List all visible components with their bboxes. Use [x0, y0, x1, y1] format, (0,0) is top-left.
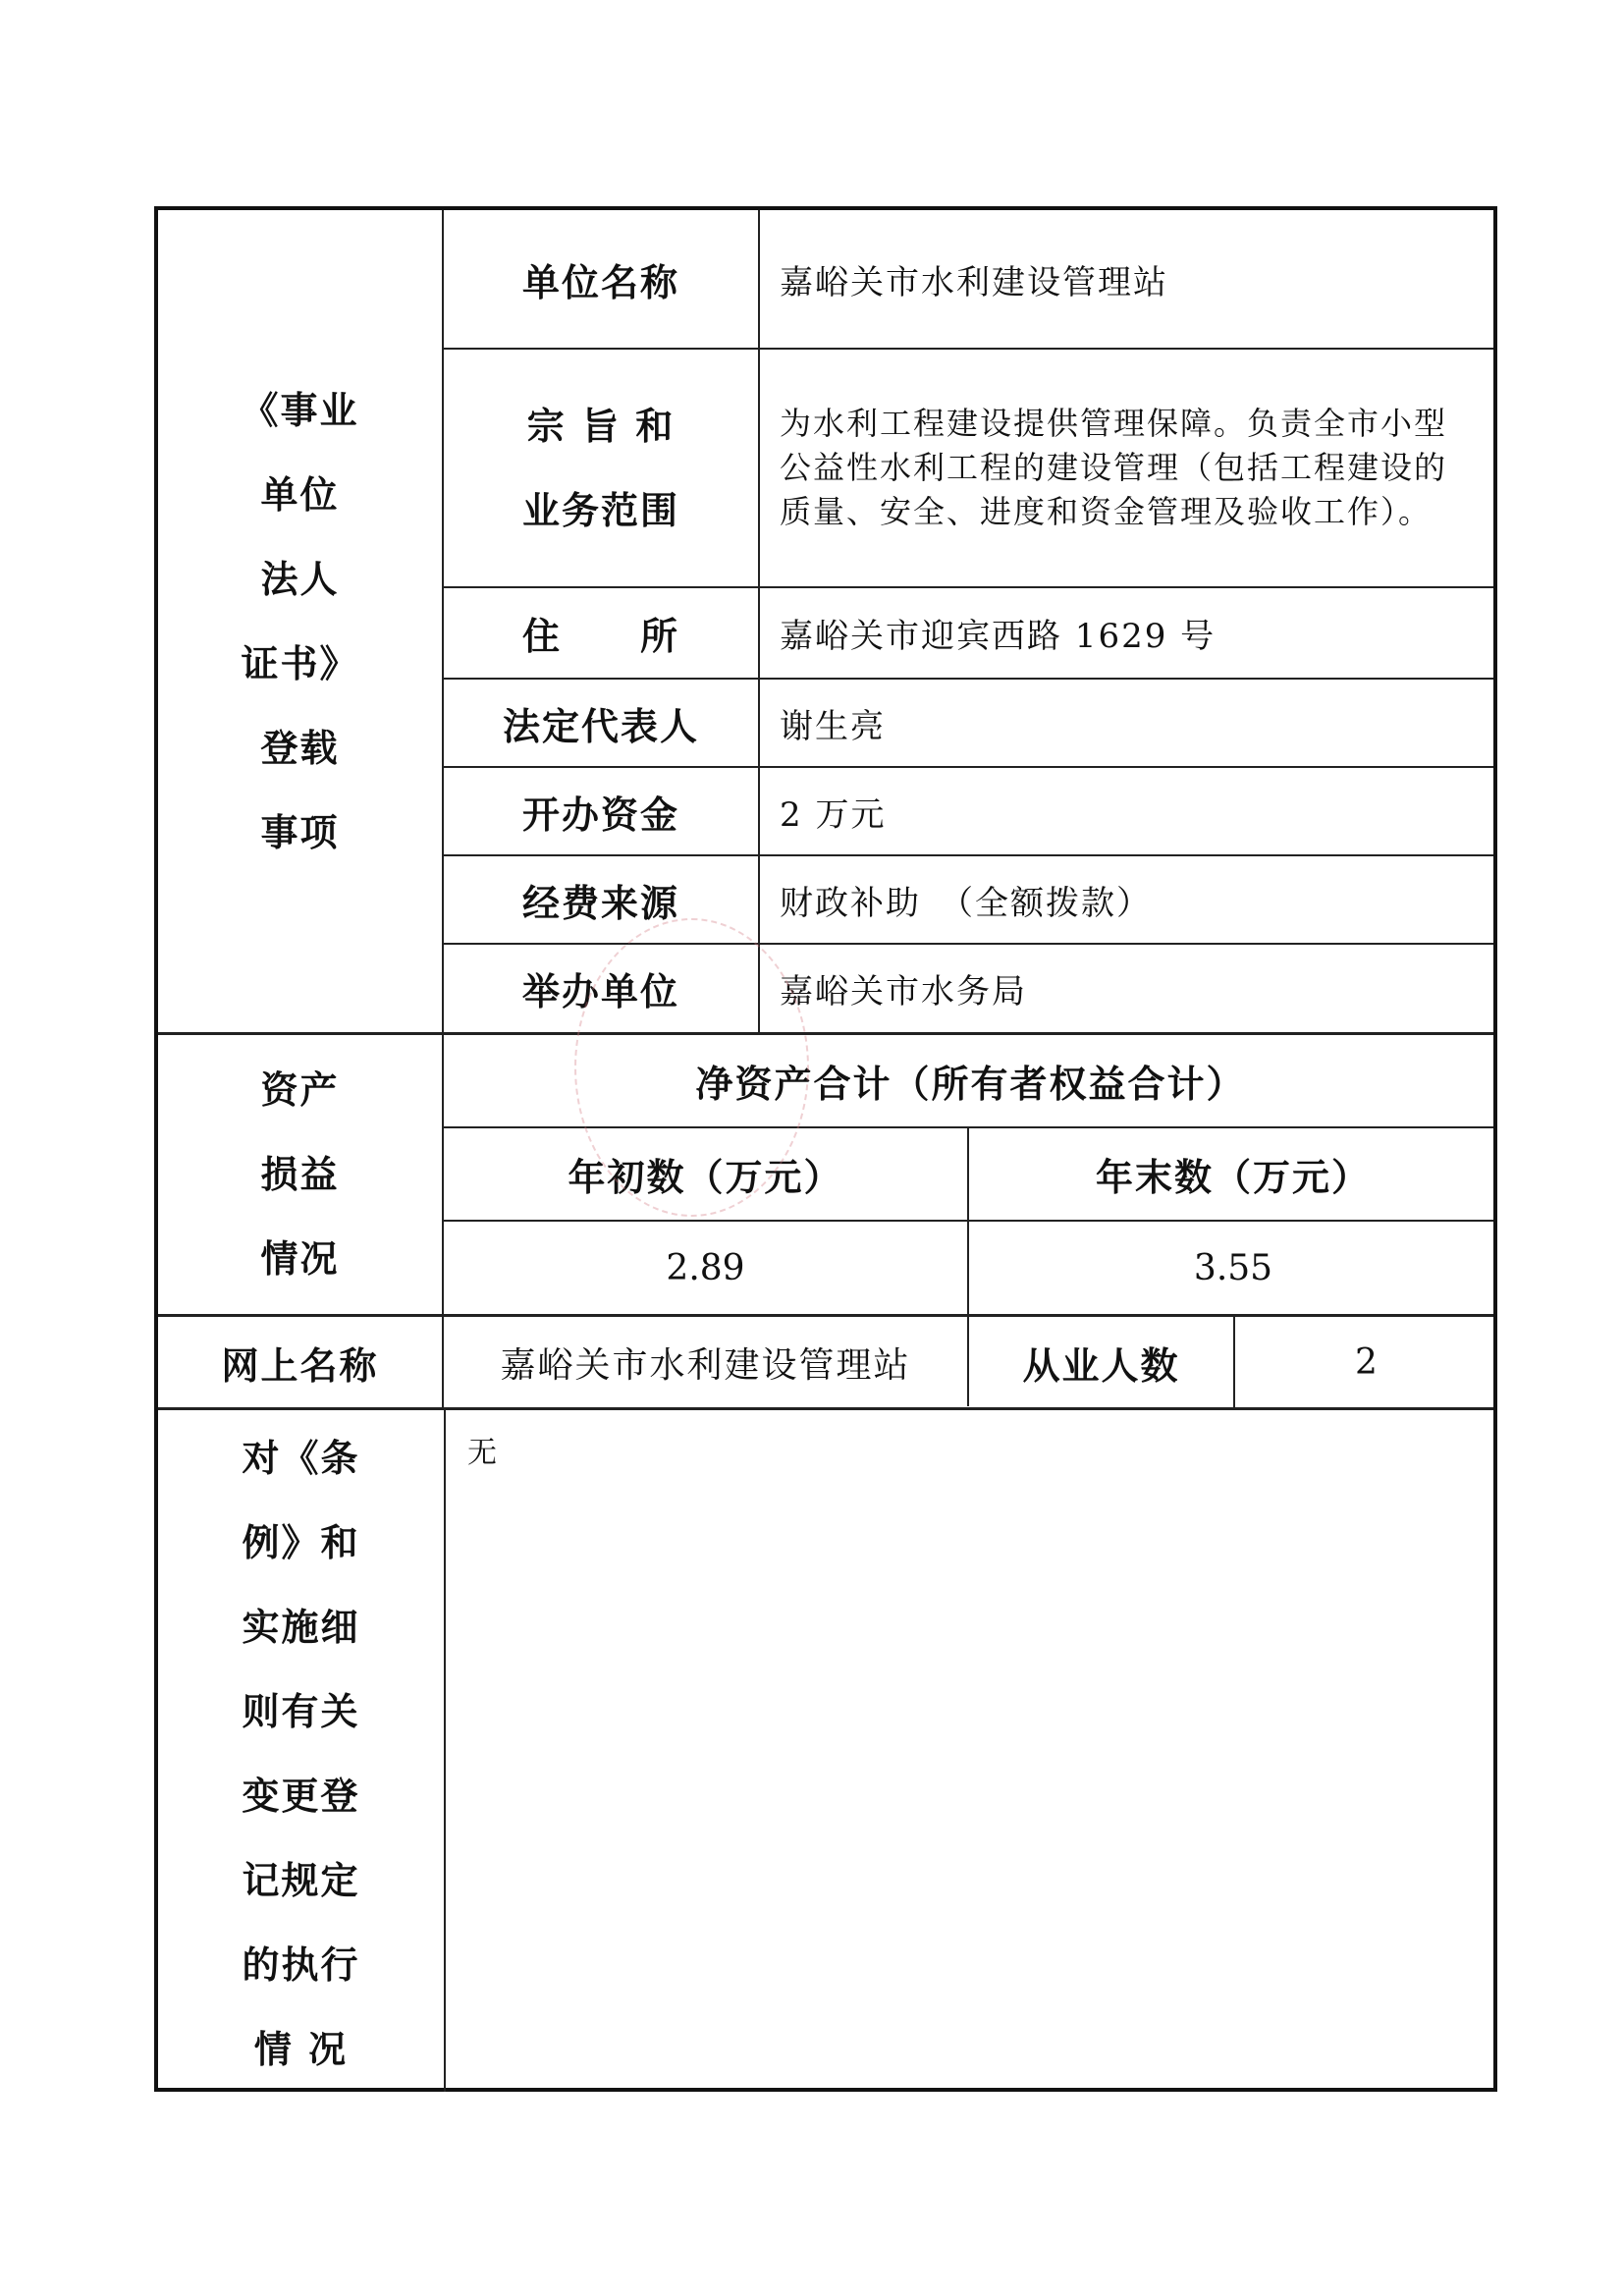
official-seal-stamp [574, 918, 809, 1217]
title-line: 登载 [260, 706, 339, 791]
title-line: 损益 [260, 1132, 339, 1217]
title-line: 例》和 [242, 1501, 359, 1585]
address-label: 住 所 [444, 588, 758, 678]
sponsor-value: 嘉峪关市水务局 [760, 945, 1497, 1032]
title-line: 《事业 [241, 368, 358, 453]
title-line: 记规定 [242, 1838, 359, 1923]
title-line: 对《条 [242, 1416, 359, 1501]
end-year-value: 3.55 [969, 1222, 1497, 1314]
label-line: 宗 旨 和 [527, 384, 675, 468]
title-line: 法人 [260, 537, 339, 622]
certificate-section-title: 《事业 单位 法人 证书》 登载 事项 [158, 210, 442, 1032]
purpose-value: 为水利工程建设提供管理保障。负责全市小型公益性水利工程的建设管理（包括工程建设的… [760, 350, 1497, 586]
compliance-value: 无 [467, 1428, 497, 1471]
title-line: 情况 [260, 1217, 339, 1301]
begin-year-value: 2.89 [444, 1222, 967, 1314]
label-line: 业务范围 [522, 468, 679, 553]
title-line: 的执行 [242, 1923, 359, 2007]
legal-rep-label: 法定代表人 [444, 680, 758, 766]
title-line: 变更登 [242, 1754, 359, 1838]
title-line: 事项 [260, 791, 339, 875]
compliance-section-title: 对《条 例》和 实施细 则有关 变更登 记规定 的执行 情 况 [158, 1410, 444, 2092]
funding-value: 2 万元 [760, 768, 1497, 854]
title-line: 情 况 [254, 2007, 348, 2092]
title-line: 单位 [260, 453, 339, 537]
end-year-header: 年末数（万元） [969, 1128, 1497, 1220]
assets-section-title: 资产 损益 情况 [158, 1035, 442, 1314]
address-value: 嘉峪关市迎宾西路 1629 号 [760, 588, 1497, 678]
title-line: 实施细 [242, 1585, 359, 1669]
purpose-label: 宗 旨 和 业务范围 [444, 350, 758, 586]
divider [444, 1410, 446, 2092]
unit-name-label: 单位名称 [444, 210, 758, 348]
unit-name-value: 嘉峪关市水利建设管理站 [760, 210, 1497, 348]
online-name-value: 嘉峪关市水利建设管理站 [444, 1317, 967, 1407]
title-line: 资产 [260, 1048, 339, 1132]
fund-source-value: 财政补助 （全额拨款） [760, 856, 1497, 943]
title-line: 则有关 [242, 1669, 359, 1754]
funding-label: 开办资金 [444, 768, 758, 854]
annual-report-table: 《事业 单位 法人 证书》 登载 事项 单位名称 嘉峪关市水利建设管理站 宗 旨… [154, 206, 1497, 2092]
staff-count-label: 从业人数 [969, 1317, 1233, 1407]
online-name-label: 网上名称 [158, 1317, 442, 1407]
legal-rep-value: 谢生亮 [760, 680, 1497, 766]
staff-count-value: 2 [1235, 1317, 1497, 1407]
title-line: 证书》 [241, 622, 358, 706]
